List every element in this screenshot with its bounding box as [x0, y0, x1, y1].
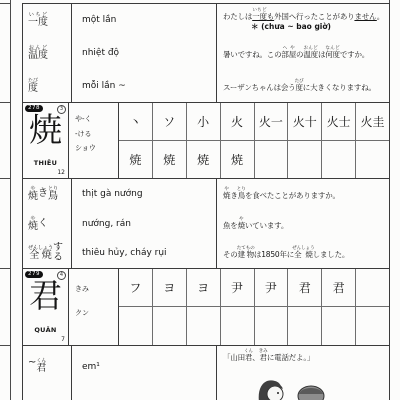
text-segment: する: [53, 243, 71, 263]
reading-line: きみ: [75, 278, 118, 302]
example-sentence: 魚を焼やいています。: [223, 217, 389, 231]
vocab-word: 全焼ぜんしょうする: [23, 238, 72, 268]
text-segment: 「山田: [223, 353, 245, 362]
vocab-word: 度たび: [23, 69, 72, 102]
illustration-people: [231, 372, 331, 400]
text-segment: 鳥とり: [48, 186, 58, 202]
stroke-order-cell: 火士: [321, 103, 355, 141]
stroke-order-cell: [355, 141, 389, 179]
text-segment: に電話だよ。」: [267, 353, 314, 362]
text-segment: 部屋へや: [281, 50, 296, 59]
vocab-example-cell: 「山田君くん、君きみに電話だよ。」: [217, 346, 389, 400]
stroke-order-cell: 火十: [287, 103, 321, 141]
vocab-word: 温度おんど: [23, 37, 72, 70]
stroke-order-cell: 君: [287, 269, 321, 307]
stroke-order-cell: [321, 307, 355, 345]
text-segment: に大きくなりますね。: [303, 83, 376, 92]
example-note: ＊ (chưa ~ bao giờ): [223, 22, 389, 33]
kanji-readings: や-く-けるショウ: [69, 103, 119, 178]
stroke-order-cell: ソ: [152, 103, 186, 141]
stroke-order-cell: 尹: [254, 269, 288, 307]
text-segment: わたしは: [223, 12, 252, 21]
text-segment: ですか。: [340, 50, 369, 59]
vocab-word: ~君くん: [23, 346, 72, 400]
stroke-order-cell: 小: [186, 103, 220, 141]
kanji-circle-number: 4: [57, 271, 66, 280]
reading-line: -ける: [75, 127, 118, 142]
stroke-order-cell: [220, 307, 254, 345]
kanji-viet-reading: QUÂN: [23, 326, 68, 334]
example-sentence: 「山田君くん、君きみに電話だよ。」: [223, 346, 389, 363]
stroke-order-cell: 尹: [220, 269, 254, 307]
reading-line: ショウ: [75, 141, 118, 156]
reading-line: や-く: [75, 112, 118, 127]
stroke-order-cell: 焼: [186, 141, 220, 179]
stroke-order-cell: [254, 141, 288, 179]
text-segment: 焼や: [238, 221, 245, 230]
example-sentence: 暑いですね。この部屋へやの温度おんどは何度なんどですか。: [223, 46, 389, 60]
stroke-order-row: 焼焼焼焼: [119, 141, 389, 179]
vocab-meaning: mỗi lần ~: [72, 69, 217, 102]
text-segment: その: [223, 250, 238, 259]
vocab-meaning: nhiệt độ: [72, 37, 217, 70]
vocab-example-cell: 暑いですね。この部屋へやの温度おんどは何度なんどですか。: [217, 37, 389, 70]
stroke-order-cell: [254, 307, 288, 345]
example-sentence: その建物たてものは1850年に全焼ぜんしょうしました。: [223, 246, 389, 260]
stroke-count: 7: [61, 336, 65, 343]
kanji-number-badge: 279: [25, 271, 43, 278]
vocab-example-cell: スーザンちゃんは会う度たびに大きくなりますね。: [217, 69, 389, 102]
vocab-meaning: một lần: [72, 4, 217, 37]
left-margin-rule: [10, 0, 11, 400]
margin-tick: [0, 178, 10, 179]
stroke-order-cell: 焼: [220, 141, 254, 179]
text-segment: 暑いですね。この: [223, 50, 281, 59]
vocab-meaning: nướng, rán: [72, 209, 217, 239]
text-segment: 君きみ: [260, 353, 267, 362]
vocab-meaning: thiêu hủy, cháy rụi: [72, 238, 217, 268]
vocab-block-shou: 焼やき鳥とり thịt gà nướng 焼やき鳥とりを食べたことがありますか。…: [22, 178, 390, 268]
text-segment: 何度なんど: [325, 50, 340, 59]
stroke-order-grid: フヨヨ尹尹君君: [119, 269, 389, 345]
stroke-order-cell: [355, 307, 389, 345]
stroke-order-cell: 火: [220, 103, 254, 141]
stroke-order-cell: ヨ: [186, 269, 220, 307]
reading-line: クン: [75, 302, 118, 326]
vocab-example-cell: 魚を焼やいています。: [217, 209, 389, 239]
kanji-cell: 279 4 君 QUÂN 7: [23, 269, 69, 345]
vocab-row-ondo: 温度おんど nhiệt độ 暑いですね。この部屋へやの温度おんどは何度なんどで…: [23, 37, 389, 70]
stroke-order-cell: [186, 307, 220, 345]
stroke-order-cell: [119, 307, 152, 345]
text-segment: き: [38, 189, 48, 199]
kanji-circle-number: 3: [57, 105, 66, 114]
kanji-character: 焼: [23, 113, 68, 146]
kanji-entry-shou: 278 3 焼 THIÊU 12 や-く-けるショウ 丶ソ小火火一火十火士火圭 …: [22, 102, 390, 178]
kanji-readings: きみクン: [69, 269, 119, 345]
vocab-word: 焼やく: [23, 209, 72, 239]
vocab-row-yaku: 焼やく nướng, rán 魚を焼やいています。: [23, 209, 389, 239]
text-segment: 外国へ行ったことがあり: [274, 12, 354, 21]
vocab-meaning: thịt gà nướng: [72, 179, 217, 209]
kanji-entry-kun: 279 4 君 QUÂN 7 きみクン フヨヨ尹尹君君: [22, 268, 390, 345]
text-segment: いています。: [245, 221, 288, 230]
stroke-order-cell: [287, 307, 321, 345]
text-segment: スーザンちゃんは会う: [223, 83, 295, 92]
text-segment: 度たび: [28, 78, 38, 94]
vocab-row-zenshou: 全焼ぜんしょうする thiêu hủy, cháy rụi その建物たてものは1…: [23, 238, 389, 268]
kanji-viet-reading: THIÊU: [23, 159, 68, 167]
kanji-cell: 278 3 焼 THIÊU 12: [23, 103, 69, 178]
stroke-order-cell: [287, 141, 321, 179]
stroke-count: 12: [57, 169, 65, 176]
stroke-order-cell: ヨ: [152, 269, 186, 307]
text-segment: 焼や: [28, 186, 38, 202]
stroke-order-row: フヨヨ尹尹君君: [119, 269, 389, 307]
stroke-order-cell: フ: [119, 269, 152, 307]
text-segment: ません: [354, 12, 376, 21]
text-segment: を食べたことがありますか。: [245, 191, 340, 200]
text-segment: 度たび: [295, 83, 302, 92]
text-segment: は1850年に: [254, 250, 294, 259]
vocab-block-kun: ~君くん em¹ 「山田君くん、君きみに電話だよ。」: [22, 345, 390, 400]
vocab-example-cell: わたしは一度いちども外国へ行ったことがありません。 ＊ (chưa ~ bao …: [217, 4, 389, 37]
stroke-order-cell: [355, 269, 389, 307]
vocab-meaning: em¹: [72, 346, 217, 400]
vocab-word: 一度いちど: [23, 4, 72, 37]
text-segment: 焼や: [28, 216, 38, 232]
vocab-example-cell: その建物たてものは1850年に全焼ぜんしょうしました。: [217, 238, 389, 268]
vocab-row-yakitori: 焼やき鳥とり thịt gà nướng 焼やき鳥とりを食べたことがありますか。: [23, 179, 389, 209]
vocab-row-kun: ~君くん em¹ 「山田君くん、君きみに電話だよ。」: [23, 346, 389, 400]
vocab-example-cell: 焼やき鳥とりを食べたことがありますか。: [217, 179, 389, 209]
text-segment: 君くん: [36, 358, 46, 374]
text-segment: 温度おんど: [28, 45, 48, 61]
text-segment: ~: [28, 358, 36, 368]
stroke-order-cell: 焼: [152, 141, 186, 179]
text-segment: 一度いちど: [252, 12, 267, 21]
stroke-order-grid: 丶ソ小火火一火十火士火圭 焼焼焼焼: [119, 103, 389, 178]
textbook-page: 一度いちど một lần わたしは一度いちども外国へ行ったことがありません。 …: [0, 0, 400, 400]
text-segment: 建物たてもの: [238, 250, 254, 259]
stroke-order-row: [119, 307, 389, 345]
stroke-order-cell: 君: [321, 269, 355, 307]
kanji-character: 君: [23, 279, 68, 312]
vocab-block-do: 一度いちど một lần わたしは一度いちども外国へ行ったことがありません。 …: [22, 3, 390, 102]
example-sentence: 焼やき鳥とりを食べたことがありますか。: [223, 187, 389, 201]
text-segment: 一度いちど: [28, 12, 48, 28]
stroke-order-cell: 火一: [254, 103, 288, 141]
stroke-order-cell: [321, 141, 355, 179]
vocab-word: 焼やき鳥とり: [23, 179, 72, 209]
margin-tick: [0, 3, 10, 4]
vocab-row-ichido: 一度いちど một lần わたしは一度いちども外国へ行ったことがありません。 …: [23, 4, 389, 37]
margin-tick: [0, 345, 10, 346]
margin-tick: [0, 268, 10, 269]
stroke-order-cell: 焼: [119, 141, 152, 179]
text-segment: しました。: [313, 250, 350, 259]
vocab-row-tabi: 度たび mỗi lần ~ スーザンちゃんは会う度たびに大きくなりますね。: [23, 69, 389, 102]
example-sentence: スーザンちゃんは会う度たびに大きくなりますね。: [223, 79, 389, 93]
text-segment: 全焼ぜんしょう: [294, 250, 313, 259]
stroke-order-row: 丶ソ小火火一火十火士火圭: [119, 103, 389, 141]
stroke-order-cell: 火圭: [355, 103, 389, 141]
text-segment: 魚を: [223, 221, 238, 230]
text-segment: く: [38, 219, 48, 229]
margin-tick: [0, 102, 10, 103]
text-segment: 全焼ぜんしょう: [28, 245, 53, 261]
text-segment: 鳥とり: [238, 191, 245, 200]
example-sentence: わたしは一度いちども外国へ行ったことがありません。: [223, 8, 389, 22]
text-segment: 。: [377, 12, 384, 21]
stroke-order-cell: [152, 307, 186, 345]
text-segment: 温度おんど: [303, 50, 318, 59]
kanji-number-badge: 278: [25, 105, 43, 112]
stroke-order-cell: 丶: [119, 103, 152, 141]
